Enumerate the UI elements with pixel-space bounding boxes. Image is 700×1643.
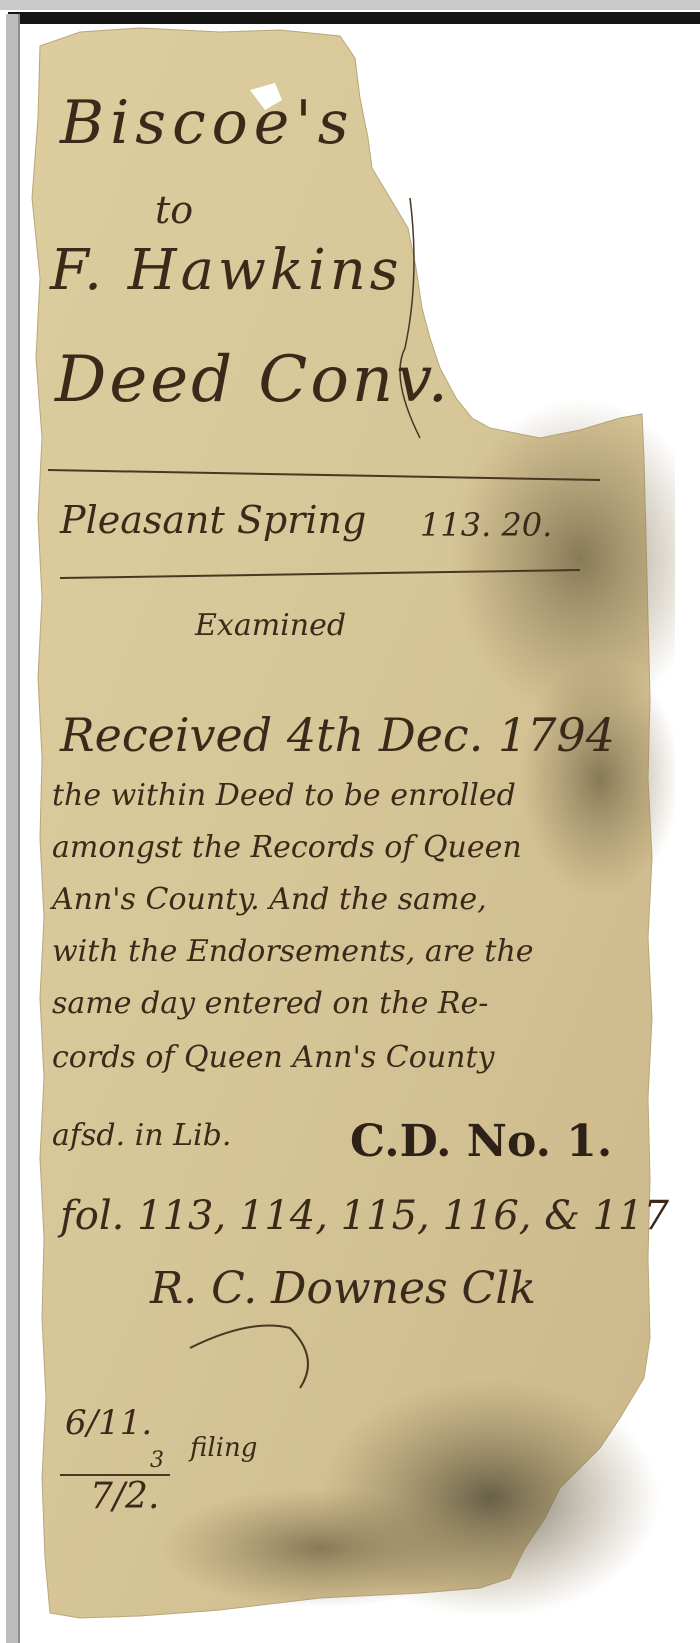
fee-line-2: 3 <box>150 1448 164 1473</box>
aged-paper-document: Biscoe's to F. Hawkins Deed Conv. Pleasa… <box>20 18 675 1633</box>
received-heading: Received 4th Dec. 1794 <box>60 708 615 762</box>
fee-line-1: 6/11. <box>65 1403 152 1443</box>
body-line: afsd. in Lib. <box>52 1118 231 1153</box>
fee-filing-label: filing <box>190 1433 257 1463</box>
docket-doc-type: Deed Conv. <box>55 343 451 417</box>
fee-total: 7/2. <box>90 1476 159 1517</box>
docket-grantee: F. Hawkins <box>50 238 403 303</box>
docket-title-grantor: Biscoe's <box>60 88 355 158</box>
tract-plat-reference: 113. 20. <box>420 506 552 544</box>
tract-name: Pleasant Spring <box>60 498 366 542</box>
liber-reference: C.D. No. 1. <box>350 1116 612 1167</box>
scanner-top-edge <box>0 0 700 10</box>
body-line: Ann's County. And the same, <box>52 882 487 917</box>
body-line: with the Endorsements, are the <box>52 934 534 969</box>
clerk-signature: R. C. Downes Clk <box>150 1263 536 1314</box>
docket-to: to <box>155 188 193 232</box>
scanner-left-edge <box>6 14 20 1643</box>
body-line: amongst the Records of Queen <box>52 830 522 865</box>
body-line: cords of Queen Ann's County <box>52 1040 494 1075</box>
examined-note: Examined <box>195 608 346 643</box>
folio-reference: fol. 113, 114, 115, 116, & 117 <box>60 1193 669 1239</box>
body-line: the within Deed to be enrolled <box>52 778 516 813</box>
body-line: same day entered on the Re- <box>52 986 488 1021</box>
